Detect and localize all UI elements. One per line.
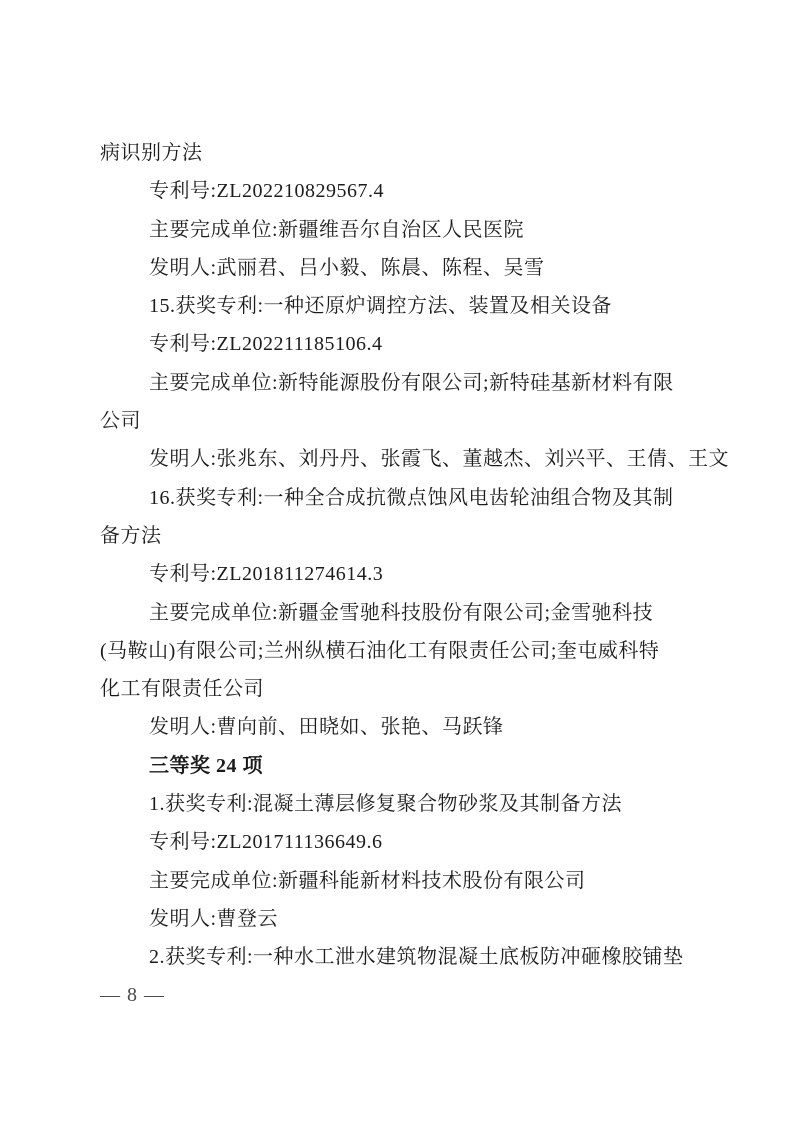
award-item-line: 2.获奖专利:一种水工泄水建筑物混凝土底板防冲砸橡胶铺垫 bbox=[100, 938, 715, 976]
patent-number-line: 专利号:ZL201811274614.3 bbox=[100, 555, 715, 593]
continuation-line: 病识别方法 bbox=[100, 134, 715, 172]
main-unit-line: 主要完成单位:新疆金雪驰科技股份有限公司;金雪驰科技 bbox=[100, 594, 715, 632]
inventors-line: 发明人:张兆东、刘丹丹、张霞飞、董越杰、刘兴平、王倩、王文 bbox=[100, 440, 715, 478]
continuation-line: 备方法 bbox=[100, 517, 715, 555]
award-item-line: 15.获奖专利:一种还原炉调控方法、装置及相关设备 bbox=[100, 287, 715, 325]
document-page: 病识别方法 专利号:ZL202210829567.4 主要完成单位:新疆维吾尔自… bbox=[0, 0, 793, 1122]
document-body: 病识别方法 专利号:ZL202210829567.4 主要完成单位:新疆维吾尔自… bbox=[100, 134, 715, 977]
patent-number-line: 专利号:ZL202211185106.4 bbox=[100, 325, 715, 363]
continuation-line: 化工有限责任公司 bbox=[100, 670, 715, 708]
award-item-line: 1.获奖专利:混凝土薄层修复聚合物砂浆及其制备方法 bbox=[100, 785, 715, 823]
patent-number-line: 专利号:ZL201711136649.6 bbox=[100, 823, 715, 861]
main-unit-line: 主要完成单位:新疆科能新材料技术股份有限公司 bbox=[100, 862, 715, 900]
continuation-line: 公司 bbox=[100, 402, 715, 440]
continuation-line: (马鞍山)有限公司;兰州纵横石油化工有限责任公司;奎屯威科特 bbox=[100, 632, 715, 670]
inventors-line: 发明人:曹登云 bbox=[100, 900, 715, 938]
inventors-line: 发明人:武丽君、吕小毅、陈晨、陈程、吴雪 bbox=[100, 249, 715, 287]
section-heading: 三等奖 24 项 bbox=[100, 747, 715, 785]
main-unit-line: 主要完成单位:新疆维吾尔自治区人民医院 bbox=[100, 211, 715, 249]
award-item-line: 16.获奖专利:一种全合成抗微点蚀风电齿轮油组合物及其制 bbox=[100, 479, 715, 517]
inventors-line: 发明人:曹向前、田晓如、张艳、马跃锋 bbox=[100, 708, 715, 746]
main-unit-line: 主要完成单位:新特能源股份有限公司;新特硅基新材料有限 bbox=[100, 364, 715, 402]
patent-number-line: 专利号:ZL202210829567.4 bbox=[100, 172, 715, 210]
page-number: — 8 — bbox=[100, 984, 165, 1007]
